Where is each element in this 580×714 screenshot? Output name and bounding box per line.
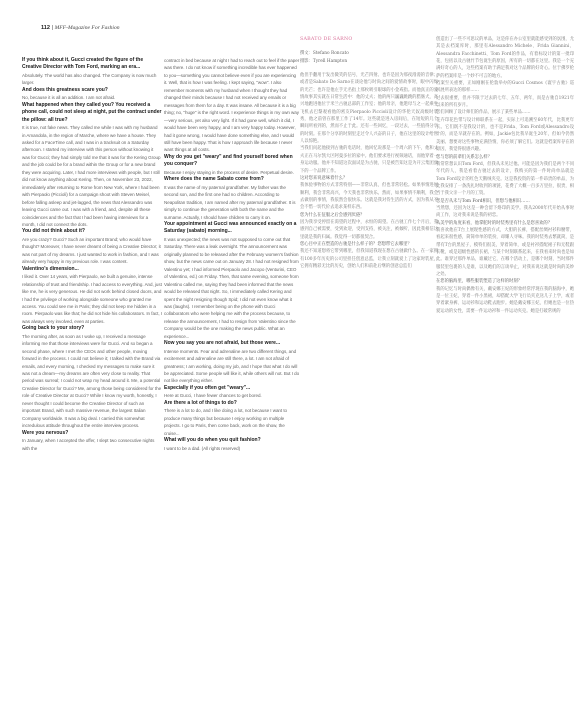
- question-heading: 您为什么在征服之后会感到厌倦？: [300, 212, 438, 219]
- answer-paragraph: It was unexpected; the news was not supp…: [164, 236, 300, 340]
- answer-paragraph: I liked it. Over 14 years, with Pierpaol…: [22, 273, 162, 325]
- answer-paragraph: 档案至关重要，正如刚刚在伦敦举办的Gucci Cosmos《寰宇古驰》巡回展所表…: [436, 80, 574, 95]
- answer-paragraph: Are you crazy? Gucci? Such an important …: [22, 236, 162, 266]
- answer-paragraph: I want to be a dad. (All rights reserved…: [164, 445, 300, 452]
- page-header: 112 | MFF-Magazine For Fashion: [41, 25, 120, 31]
- answer-paragraph: 创造出了一些不可思议的单品，这是你在办公室里就能感受到的氛围，尤其是去档案库时，…: [436, 36, 574, 80]
- question-heading: 您与您的前辈们关系怎么样？: [436, 154, 574, 161]
- english-column-2: contract in bed because at night I had t…: [164, 57, 300, 452]
- magazine-name: MFF-Magazine For Fashion: [55, 25, 120, 31]
- answer-paragraph: The morning after, as soon as I woke up,…: [22, 333, 162, 430]
- question-heading: Valentino's dimension...: [22, 266, 162, 273]
- question-heading: 从美学的角度来看，他掌舵时的时装秀里有什么是您喜欢的？: [436, 220, 574, 227]
- answer-paragraph: 他但手翻用于发出微笑的信号，光芒四射。也许是因为那夜漫漫的音律；或者是Sabat…: [300, 72, 438, 145]
- answer-paragraph: There is a lot to do, and I like doing a…: [164, 407, 300, 437]
- answer-paragraph: contract in bed because at night I had t…: [164, 57, 300, 154]
- answer-paragraph: 我体验事物的方式非常特别——非常认真，但也非常轻松。如果事情进展顺利，我会非常高…: [300, 182, 438, 211]
- question-heading: Why do you get "weary" and find yourself…: [164, 154, 300, 169]
- question-heading: And does this greatness scare you?: [22, 87, 162, 94]
- answer-paragraph: 当然想，还因为这是一种会留下烙印的美学。我从2000年代开始从事时尚工作，这对我…: [436, 205, 574, 220]
- question-heading: Your appointment at Gucci was announced …: [164, 221, 300, 236]
- answer-paragraph: 我常常想认识Tom Ford，但我从未见过他。可能是因为我们是两个不同年代的人，…: [436, 161, 574, 198]
- answer-paragraph: It is true, not fake news. They called m…: [22, 124, 162, 228]
- answer-paragraph: 当我们问起他接到古驰的电话时，他回忆说那是一个周六的下午，他和丈夫正在马尔凯大区…: [300, 145, 438, 174]
- answer-paragraph: 我还不知道想将它带到哪里，但我知道我现在想在古驰做什么。在一家拥有100多年历史…: [300, 248, 438, 270]
- question-heading: Going back to your story?: [22, 325, 162, 332]
- answer-paragraph: 因为我享受停留在渴望的过程中，永恒的渴望。在古驰工作七个月后，我感到自己被需要，…: [300, 219, 438, 241]
- english-column-1: If you think about it, Gucci created the…: [22, 57, 162, 452]
- credit-photographer: 摄影：Tyrell Hampton: [300, 58, 438, 65]
- answer-paragraph: Because I enjoy staying in the process o…: [164, 169, 300, 176]
- question-heading: You did not think about it?: [22, 228, 162, 235]
- answer-paragraph: 我喜欢他在T台上展现性感的方式，大胆的长裤，搭配丝绸衬衫和腰带，看起来很性感，简…: [436, 227, 574, 278]
- question-heading: If you think about it, Gucci created the…: [22, 57, 162, 72]
- article-title-chinese: SABATO DE SARNO: [300, 36, 438, 43]
- answer-paragraph: 花卉印花色带与设计师联系在一起，实际上可追溯至60年代，比我更年长。它们既不是我…: [436, 117, 574, 154]
- chinese-column-1: SABATO DE SARNO 撰文：Stefano Roncato 摄影：Ty…: [300, 36, 438, 270]
- answer-paragraph: 您们回顾了设计师们的作品，展示了某些单品……: [436, 109, 574, 116]
- question-heading: Are there a lot of things to do?: [164, 400, 300, 407]
- answer-paragraph: Absolutely. The world has also changed. …: [22, 72, 162, 87]
- answer-paragraph: No, because it is all an addition. I am …: [22, 94, 162, 101]
- credit-writer: 撰文：Stefano Roncato: [300, 50, 438, 57]
- question-heading: 您心目中正在塑造的古驰是什么样子的？您想带它去哪里？: [300, 241, 438, 248]
- answer-paragraph: In January, when I accepted the offer, I…: [22, 437, 162, 452]
- page-number: 112: [41, 25, 50, 31]
- answer-paragraph: 我的记忆与时尚偶像有关，戴安娜王妃的形象经常浮现在我的脑海中，她是一位王妃，穿着…: [436, 286, 574, 315]
- question-heading: 在您的脑海里，哪些服装塑造了这样的时刻？: [436, 278, 574, 285]
- question-heading: Where does the name Sabato come from?: [164, 176, 300, 183]
- answer-paragraph: It was the name of my paternal grandfath…: [164, 184, 300, 221]
- question-heading: Now you say you are not afraid, but thos…: [164, 340, 300, 347]
- question-heading: Were you nervous?: [22, 430, 162, 437]
- question-heading: 这对您来说意味着什么？: [300, 175, 438, 182]
- question-heading: What will you do when you quit fashion?: [164, 437, 300, 444]
- question-heading: 您是否从未与Tom Ford相识，但想与他相识……: [436, 198, 574, 205]
- question-heading: What happened when they called you? You …: [22, 102, 162, 124]
- answer-paragraph: Here at Gucci, I have fewer chances to g…: [164, 392, 300, 399]
- question-heading: Especially if you often get "weary"...: [164, 385, 300, 392]
- answer-paragraph: Intense moments. Fear and adrenaline are…: [164, 348, 300, 385]
- answer-paragraph: 过去很重要，但并不限于过去的七年、五年、两年，而是古驰自1921年以来的所有岁月…: [436, 95, 574, 110]
- chinese-column-2: 创造出了一些不可思议的单品，这是你在办公室里就能感受到的氛围，尤其是去档案库时，…: [436, 36, 574, 315]
